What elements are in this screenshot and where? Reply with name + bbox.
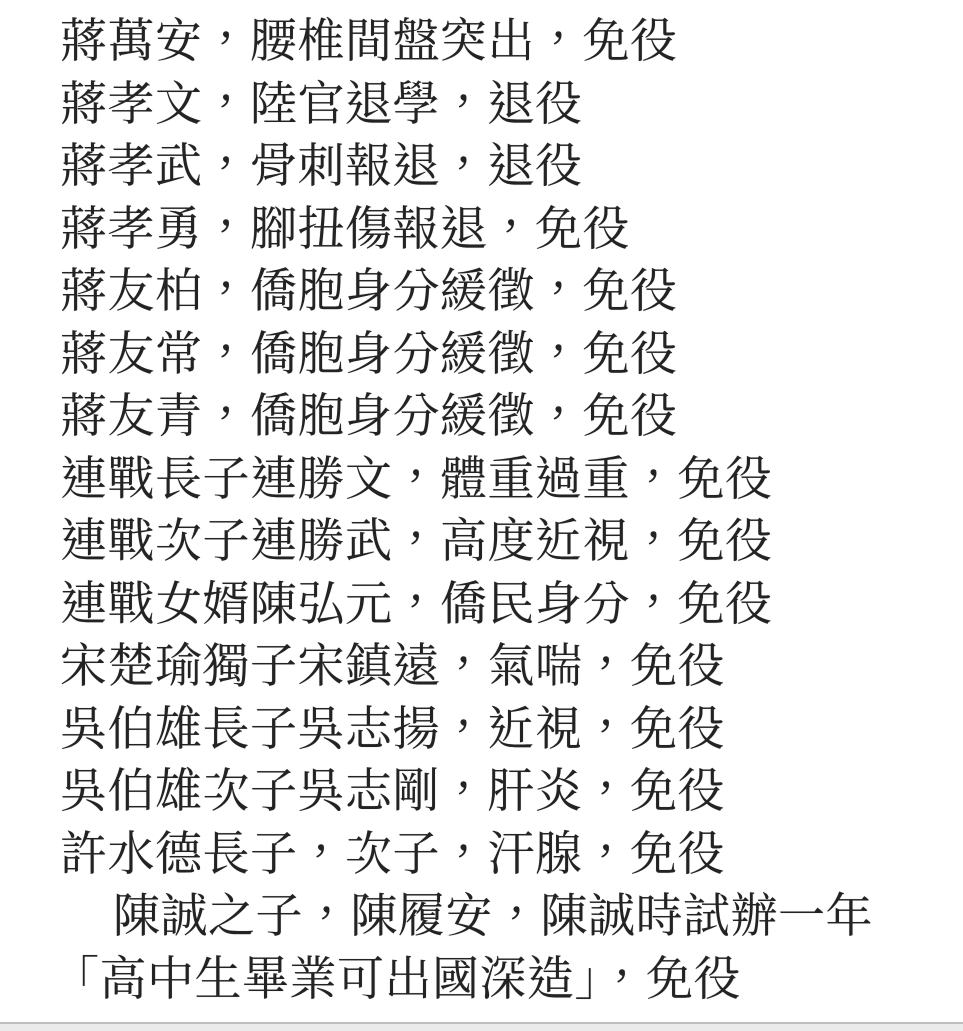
text-line: 吳伯雄次子吳志剛，肝炎，免役 bbox=[60, 760, 943, 823]
text-line: 蔣孝勇，腳扭傷報退，免役 bbox=[60, 198, 943, 261]
text-document: 蔣萬安，腰椎間盤突出，免役蔣孝文，陸官退學，退役蔣孝武，骨刺報退，退役蔣孝勇，腳… bbox=[60, 10, 943, 1010]
text-line: 「高中生畢業可出國深造」，免役 bbox=[52, 948, 943, 1011]
text-line: 連戰長子連勝文，體重過重，免役 bbox=[60, 448, 943, 511]
text-line: 蔣友柏，僑胞身分緩徵，免役 bbox=[60, 260, 943, 323]
text-line: 連戰女婿陳弘元，僑民身分，免役 bbox=[60, 573, 943, 636]
text-line: 宋楚瑜獨子宋鎮遠，氣喘，免役 bbox=[60, 635, 943, 698]
text-line: 蔣孝文，陸官退學，退役 bbox=[60, 73, 943, 136]
bottom-divider-bar bbox=[0, 1022, 963, 1031]
text-line: 陳誠之子，陳履安，陳誠時試辦一年 bbox=[113, 885, 943, 948]
text-line: 吳伯雄長子吳志揚，近視，免役 bbox=[60, 698, 943, 761]
text-line: 蔣萬安，腰椎間盤突出，免役 bbox=[60, 10, 943, 73]
text-line: 蔣友常，僑胞身分緩徵，免役 bbox=[60, 323, 943, 386]
text-line: 連戰次子連勝武，高度近視，免役 bbox=[60, 510, 943, 573]
text-line: 蔣孝武，骨刺報退，退役 bbox=[60, 135, 943, 198]
text-line: 許水德長子，次子，汗腺，免役 bbox=[60, 823, 943, 886]
text-line: 蔣友青，僑胞身分緩徵，免役 bbox=[60, 385, 943, 448]
